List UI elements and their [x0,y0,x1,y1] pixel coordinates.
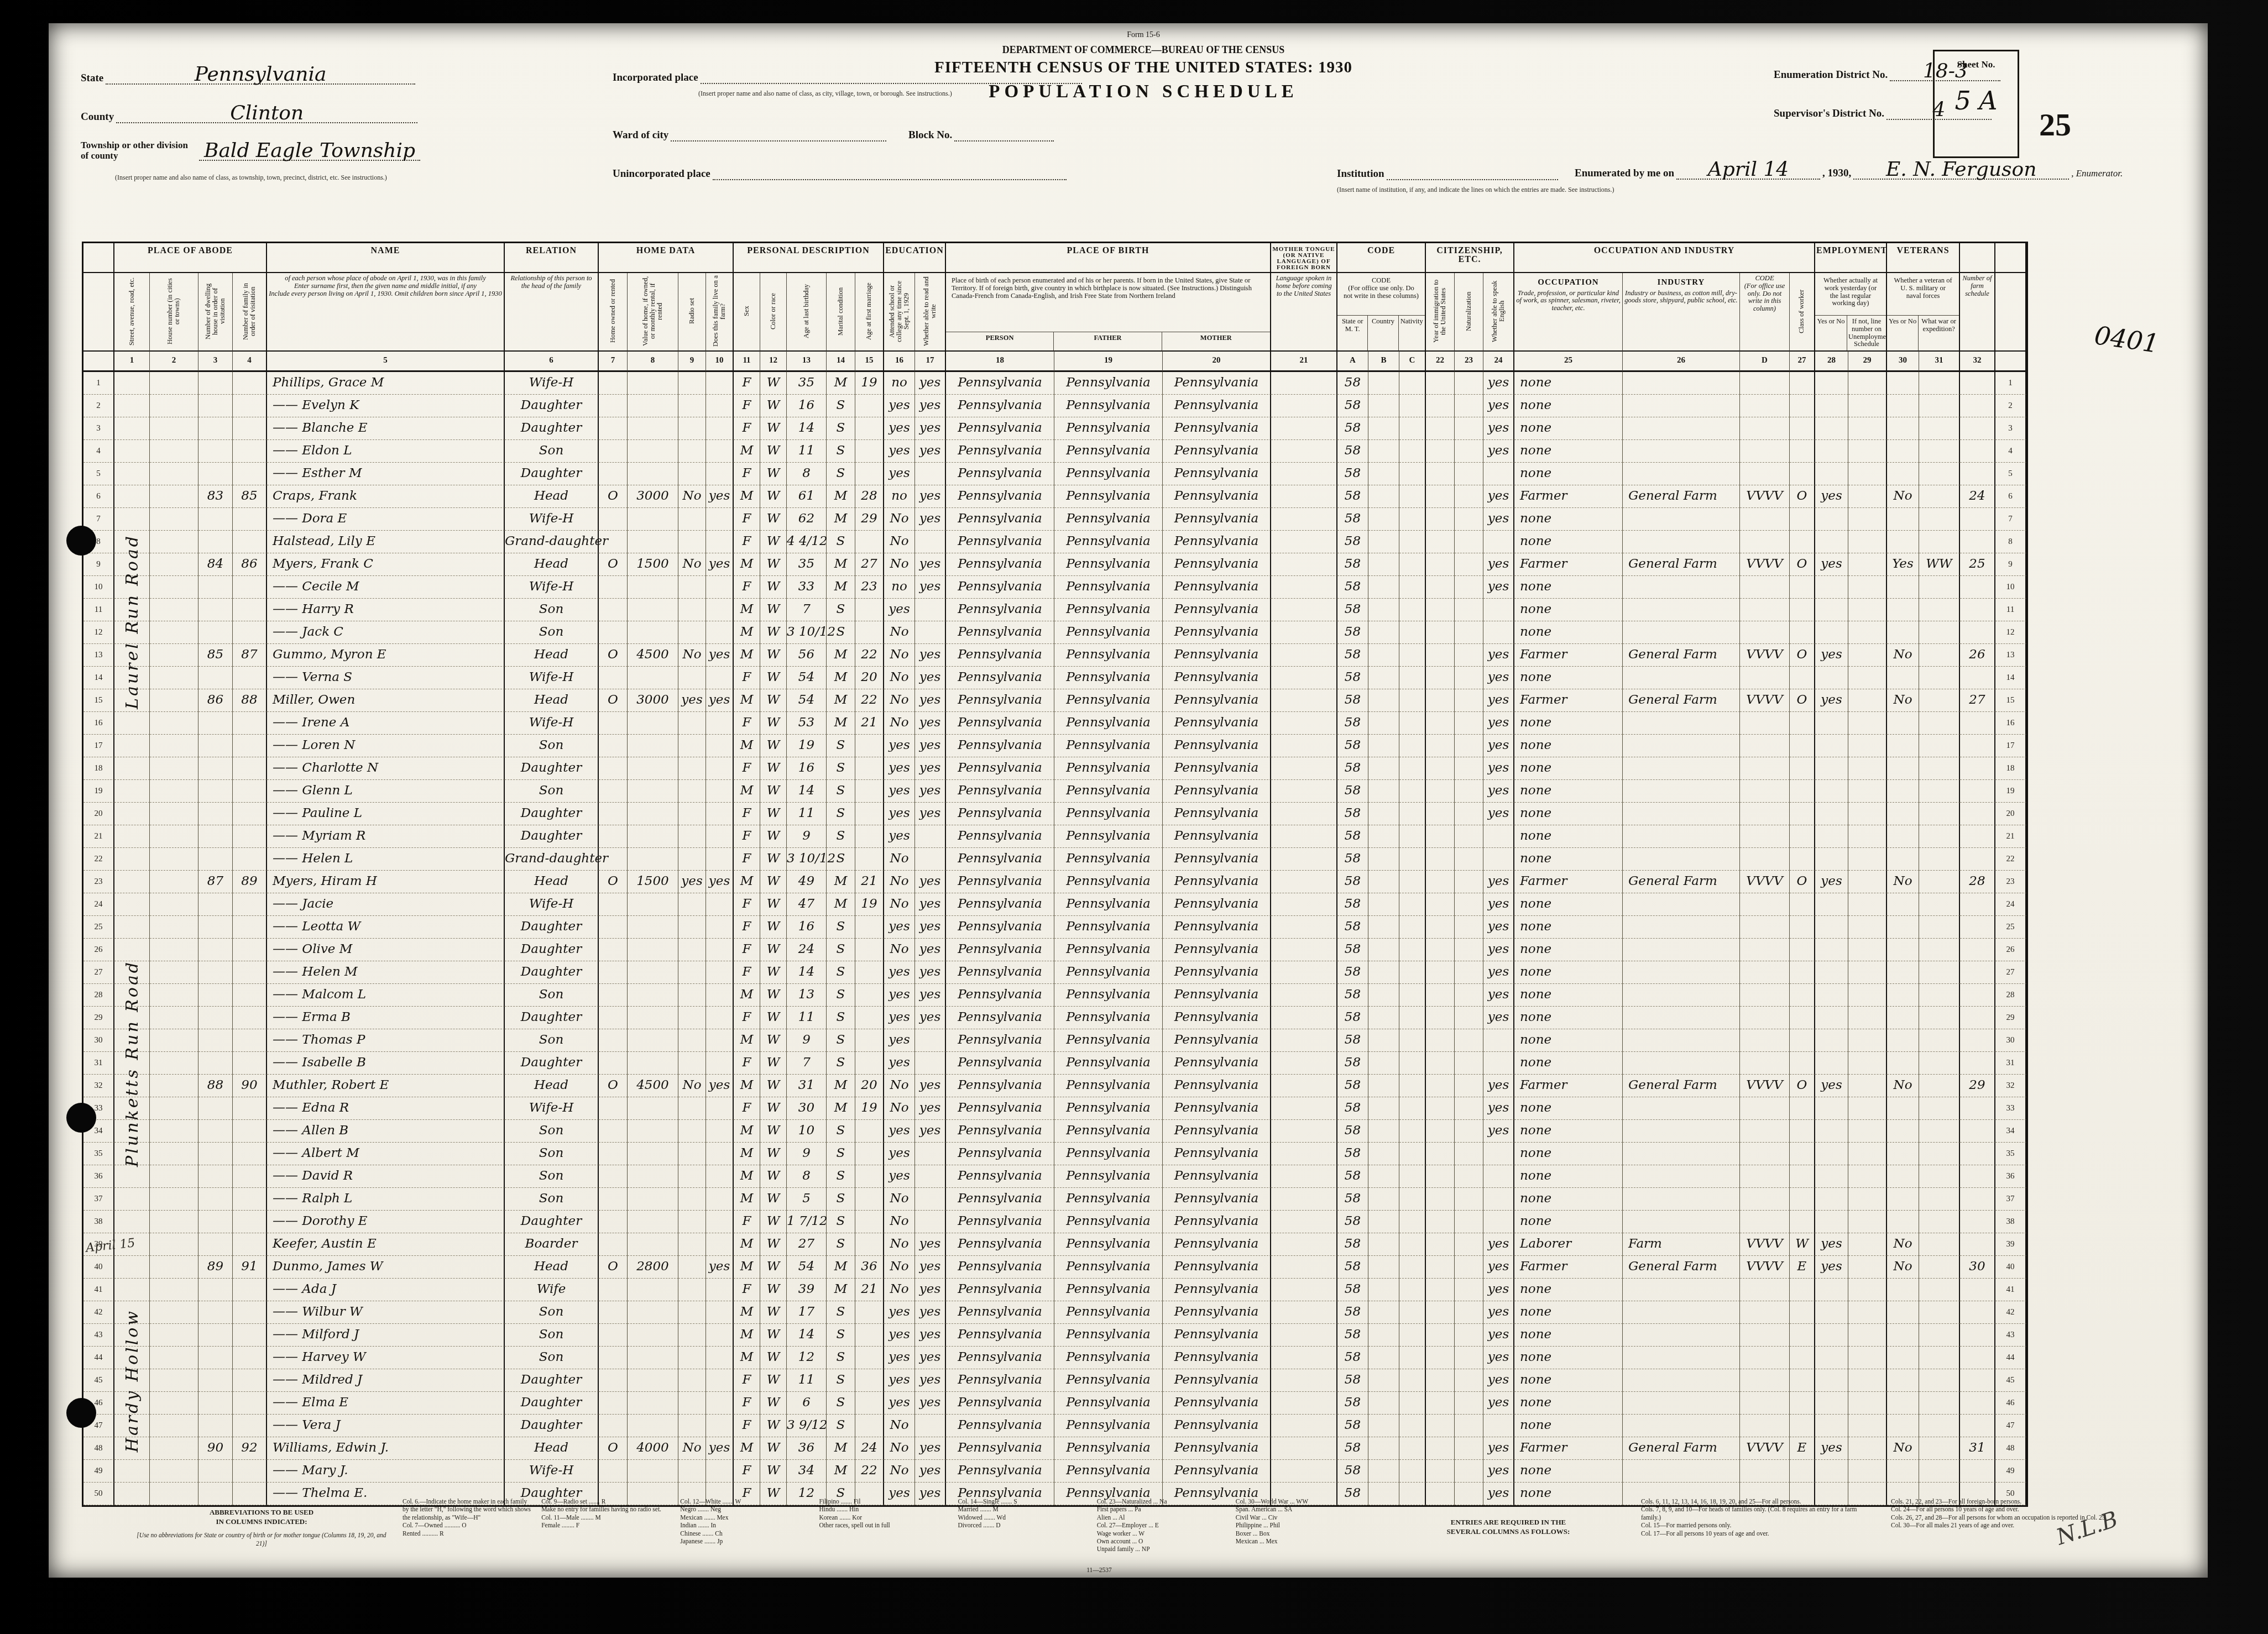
institution-note: (Insert name of institution, if any, and… [1337,186,1724,194]
cell-val [628,1165,678,1188]
cell-fs [1960,1211,1995,1233]
cell-mar: S [827,1301,855,1324]
column-label-street: Street, avenue, road, etc. [128,275,135,348]
cell-sch: No [884,1188,915,1211]
column-header-val: Value of home, if owned, or monthly rent… [628,273,678,350]
cell-age: 6 [787,1392,827,1415]
column-number-race: 12 [760,350,787,372]
cell-sch: No [884,848,915,871]
cell-cb [1368,1256,1399,1279]
column-header-dw: Number of dwelling house in order of vis… [198,273,233,350]
cell-ue [1848,825,1887,848]
cell-name: Myers, Hiram H [267,871,505,893]
cell-farm [706,1052,734,1075]
cell-radio [678,576,706,599]
cell-farm: yes [706,871,734,893]
cell-own [599,735,628,757]
cell-pf: Pennsylvania [1054,621,1163,644]
cell-fam [233,1460,267,1483]
cell-house [150,961,198,984]
cell-cc [1399,916,1426,939]
cell-ind [1623,848,1740,871]
cell-pm: Pennsylvania [1163,553,1271,576]
cell-pb: Pennsylvania [946,1301,1054,1324]
cell-agem [855,825,884,848]
cell-agem: 24 [855,1437,884,1460]
cell-race: W [760,1075,787,1097]
column-label-rw: Whether able to read and write [923,275,937,348]
cell-pb: Pennsylvania [946,485,1054,508]
cell-cc [1399,667,1426,689]
block-label: Block No. [908,129,952,141]
column-number-ind: 26 [1623,350,1740,372]
cell-ind [1623,893,1740,916]
cell-ca: 58 [1337,508,1368,531]
cell-cc [1399,735,1426,757]
cell-fam [233,848,267,871]
column-header-radio: Radio set [678,273,706,350]
cell-dw [198,1143,233,1165]
cell-pf: Pennsylvania [1054,1369,1163,1392]
column-number-radio: 9 [678,350,706,372]
cell-radio [678,735,706,757]
cell-name: —— Blanche E [267,417,505,440]
column-number-farm: 10 [706,350,734,372]
cell-fs [1960,1007,1995,1029]
cell-ca: 58 [1337,417,1368,440]
cell-cw [1790,576,1815,599]
cell-pf: Pennsylvania [1054,1460,1163,1483]
cell-wk [1815,372,1848,395]
cell-cc [1399,939,1426,961]
cell-house [150,644,198,667]
cell-radio [678,1256,706,1279]
cell-val [628,1369,678,1392]
cell-house [150,417,198,440]
cell-rw: yes [915,1347,946,1369]
cell-eng [1483,463,1514,485]
cell-cw: E [1790,1256,1815,1279]
cell-rel: Son [505,599,599,621]
cell-farm: yes [706,689,734,712]
cell-occ: Farmer [1514,485,1623,508]
cell-cc [1399,803,1426,825]
cell-cw [1790,1369,1815,1392]
cell-agem [855,1369,884,1392]
cell-name: —— Ada J [267,1279,505,1301]
cell-rel: Daughter [505,463,599,485]
cell-vet [1887,1324,1919,1347]
table-row: 1Phillips, Grace MWife-HFW35M19noyesPenn… [83,372,2026,395]
cell-own [599,621,628,644]
cell-farm [706,667,734,689]
cell-name: Craps, Frank [267,485,505,508]
cell-agem [855,1233,884,1256]
cell-rel: Son [505,621,599,644]
cell-eng: yes [1483,1301,1514,1324]
cell-rel: Son [505,1143,599,1165]
cell-dw [198,1415,233,1437]
cell-sex: M [734,485,760,508]
cell-nat [1455,1097,1483,1120]
cell-cc [1399,1211,1426,1233]
cell-agem [855,961,884,984]
cell-radio: No [678,1075,706,1097]
supervisor-district-label: Supervisor's District No. [1774,108,1884,119]
cell-cw [1790,825,1815,848]
cell-mar: M [827,1460,855,1483]
cell-ln: 13 [83,644,114,667]
cell-dw [198,372,233,395]
cell-mar: M [827,553,855,576]
cell-war [1919,395,1960,417]
cell-age: 49 [787,871,827,893]
cell-ind [1623,961,1740,984]
cell-sch: No [884,667,915,689]
cell-sch: No [884,1437,915,1460]
cell-cd [1740,1301,1790,1324]
cell-rel: Son [505,1301,599,1324]
cell-pf: Pennsylvania [1054,417,1163,440]
cell-rn: 6 [1995,485,2026,508]
cell-own: O [599,1437,628,1460]
cell-vet [1887,1279,1919,1301]
cell-fs [1960,576,1995,599]
cell-ca: 58 [1337,712,1368,735]
cell-pm: Pennsylvania [1163,757,1271,780]
cell-war [1919,508,1960,531]
cell-sex: M [734,1188,760,1211]
cell-ue [1848,757,1887,780]
cell-pm: Pennsylvania [1163,1392,1271,1415]
cell-fam: 91 [233,1256,267,1279]
cell-agem [855,463,884,485]
cell-rw: yes [915,667,946,689]
cell-own [599,1052,628,1075]
cell-fs [1960,916,1995,939]
cell-pm: Pennsylvania [1163,508,1271,531]
cell-war [1919,1437,1960,1460]
cell-own [599,1211,628,1233]
cell-farm [706,1007,734,1029]
cell-war: WW [1919,553,1960,576]
cell-name: —— Isabelle B [267,1052,505,1075]
cell-rw [915,599,946,621]
cell-wk: yes [1815,485,1848,508]
cell-rel: Daughter [505,1369,599,1392]
cell-vet [1887,1143,1919,1165]
cell-ue [1848,848,1887,871]
cell-fam: 88 [233,689,267,712]
cell-nat [1455,1279,1483,1301]
table-row: 41—— Ada JWifeFW39M21NoyesPennsylvaniaPe… [83,1279,2026,1301]
cell-cw [1790,1301,1815,1324]
cell-rel: Head [505,689,599,712]
cell-rel: Head [505,553,599,576]
cell-rel: Wife-H [505,1097,599,1120]
cell-tongue [1271,372,1337,395]
cell-ln: 45 [83,1369,114,1392]
cell-rn: 21 [1995,825,2026,848]
cell-wk [1815,1007,1848,1029]
cell-pb: Pennsylvania [946,1437,1054,1460]
cell-cd [1740,961,1790,984]
table-row: 37—— Ralph LSonMW5SNoPennsylvaniaPennsyl… [83,1188,2026,1211]
cell-cw: O [1790,553,1815,576]
cell-house [150,735,198,757]
cell-age: 35 [787,372,827,395]
cell-cw [1790,712,1815,735]
cell-sch: No [884,1097,915,1120]
cell-name: —— Esther M [267,463,505,485]
cell-cb [1368,1347,1399,1369]
cell-sex: M [734,644,760,667]
cell-fam [233,984,267,1007]
cell-cd [1740,916,1790,939]
column-header-agem: Age at first marriage [855,273,884,350]
cell-pf: Pennsylvania [1054,961,1163,984]
cell-nat [1455,1415,1483,1437]
cell-nat [1455,508,1483,531]
column-label-imm: Year of immigration to the United States [1433,275,1447,348]
cell-ue [1848,803,1887,825]
cell-wk [1815,1324,1848,1347]
column-header-age: Age at last birthday [787,273,827,350]
cell-occ: none [1514,372,1623,395]
cell-age: 11 [787,1007,827,1029]
cell-tongue [1271,1256,1337,1279]
column-label-dw: Number of dwelling house in order of vis… [205,275,226,348]
cell-cb [1368,1460,1399,1483]
cell-occ: none [1514,1301,1623,1324]
cell-nat [1455,803,1483,825]
cell-dw [198,395,233,417]
cell-ind [1623,1324,1740,1347]
cell-house [150,1369,198,1392]
cell-rw [915,1188,946,1211]
cell-imm [1426,621,1455,644]
cell-rw [915,825,946,848]
cell-sch: yes [884,395,915,417]
cell-rw: yes [915,1233,946,1256]
cell-own: O [599,871,628,893]
cell-mar: S [827,984,855,1007]
census-scan: Form 15-6 DEPARTMENT OF COMMERCE—BUREAU … [0,0,2268,1634]
cell-eng: yes [1483,893,1514,916]
cell-age: 7 [787,599,827,621]
cell-own [599,1279,628,1301]
cell-agem: 21 [855,1279,884,1301]
cell-fs [1960,1279,1995,1301]
cell-pf: Pennsylvania [1054,1143,1163,1165]
cell-occ: none [1514,1392,1623,1415]
cell-ln: 27 [83,961,114,984]
sub-label-wk: Yes or No [1815,315,1847,350]
cell-eng [1483,825,1514,848]
cell-house [150,1279,198,1301]
cell-vet [1887,599,1919,621]
cell-pf: Pennsylvania [1054,1029,1163,1052]
cell-pm: Pennsylvania [1163,1143,1271,1165]
cell-pb: Pennsylvania [946,1188,1054,1211]
cell-fs [1960,1188,1995,1211]
cell-age: 54 [787,667,827,689]
cell-rw: yes [915,485,946,508]
cell-war [1919,712,1960,735]
cell-nat [1455,1052,1483,1075]
cell-pm: Pennsylvania [1163,1097,1271,1120]
cell-name: —— Ralph L [267,1188,505,1211]
cell-sex: F [734,939,760,961]
cell-sex: M [734,621,760,644]
column-header-sex: Sex [734,273,760,350]
cell-vet: No [1887,1075,1919,1097]
cell-sex: F [734,576,760,599]
cell-name: —— Mary J. [267,1460,505,1483]
cell-tongue [1271,1165,1337,1188]
cell-cd [1740,1120,1790,1143]
abbreviation-column: Col. 30—World War ... WW Span. American … [1236,1498,1365,1554]
cell-cw [1790,372,1815,395]
cell-farm [706,757,734,780]
cell-fam [233,1143,267,1165]
cell-cw [1790,780,1815,803]
cell-ln: 29 [83,1007,114,1029]
cell-agem [855,939,884,961]
cell-eng: yes [1483,1483,1514,1505]
cell-rw [915,1052,946,1075]
cell-own [599,712,628,735]
cell-agem [855,1188,884,1211]
column-header-fs: Number of farm schedule [1960,273,1995,350]
cell-ca: 58 [1337,531,1368,553]
cell-pm: Pennsylvania [1163,1007,1271,1029]
cell-radio: No [678,485,706,508]
print-code: 11—2537 [989,1567,1210,1574]
column-number-pb: 18 [946,350,1054,372]
cell-cw [1790,1007,1815,1029]
cell-radio [678,803,706,825]
cell-dw [198,667,233,689]
cell-rel: Head [505,644,599,667]
cell-eng: yes [1483,667,1514,689]
cell-race: W [760,531,787,553]
cell-tongue [1271,508,1337,531]
cell-agem [855,1007,884,1029]
column-header-cd: CODE (For office use only. Do not write … [1740,273,1790,350]
cell-race: W [760,780,787,803]
cell-cw [1790,939,1815,961]
cell-occ: none [1514,735,1623,757]
cell-val [628,667,678,689]
cell-sch: yes [884,1369,915,1392]
cell-rw [915,848,946,871]
cell-cb [1368,848,1399,871]
cell-eng [1483,599,1514,621]
department-line: DEPARTMENT OF COMMERCE—BUREAU OF THE CEN… [878,44,1409,56]
cell-own [599,1392,628,1415]
cell-cw [1790,1052,1815,1075]
cell-mar: M [827,1437,855,1460]
cell-own [599,1165,628,1188]
cell-cb [1368,599,1399,621]
cell-ind [1623,1029,1740,1052]
cell-nat [1455,939,1483,961]
cell-pf: Pennsylvania [1054,1097,1163,1120]
cell-pf: Pennsylvania [1054,644,1163,667]
cell-val [628,599,678,621]
cell-val [628,417,678,440]
cell-war [1919,871,1960,893]
cell-rw [915,463,946,485]
cell-imm [1426,1075,1455,1097]
table-row: 42—— Wilbur WSonMW17SyesyesPennsylvaniaP… [83,1301,2026,1324]
cell-own [599,1233,628,1256]
cell-pb: Pennsylvania [946,667,1054,689]
cell-war [1919,803,1960,825]
cell-name: —— Pauline L [267,803,505,825]
cell-rw: yes [915,1097,946,1120]
cell-ca: 58 [1337,1075,1368,1097]
table-row: 98486Myers, Frank CHeadO1500NoyesMW35M27… [83,553,2026,576]
cell-pm: Pennsylvania [1163,1029,1271,1052]
cell-war [1919,961,1960,984]
cell-cw [1790,757,1815,780]
cell-imm [1426,417,1455,440]
cell-sch: yes [884,1007,915,1029]
cell-agem [855,916,884,939]
cell-ca: 58 [1337,1120,1368,1143]
cell-ue [1848,621,1887,644]
cell-imm [1426,1301,1455,1324]
cell-imm [1426,599,1455,621]
cell-radio [678,893,706,916]
cell-ca: 58 [1337,644,1368,667]
cell-imm [1426,463,1455,485]
cell-fam [233,417,267,440]
cell-sch: yes [884,961,915,984]
cell-agem [855,1143,884,1165]
cell-house [150,463,198,485]
cell-occ: none [1514,1460,1623,1483]
cell-cw [1790,735,1815,757]
cell-war [1919,1052,1960,1075]
cell-vet: No [1887,689,1919,712]
table-row: 238789Myers, Hiram HHeadO1500yesyesMW49M… [83,871,2026,893]
cell-agem: 22 [855,689,884,712]
schedule-title: POPULATION SCHEDULE [878,82,1409,102]
cell-nat [1455,1369,1483,1392]
cell-cw [1790,621,1815,644]
cell-rn: 26 [1995,939,2026,961]
cell-fam [233,939,267,961]
cell-mar: S [827,599,855,621]
column-number-tongue: 21 [1271,350,1337,372]
cell-rn: 27 [1995,961,2026,984]
cell-ca: 58 [1337,1097,1368,1120]
cell-ind: General Farm [1623,553,1740,576]
sub-label-ca: State or M. T. [1337,315,1368,350]
cell-house [150,757,198,780]
cell-fs: 27 [1960,689,1995,712]
cell-pf: Pennsylvania [1054,395,1163,417]
column-number-street: 1 [114,350,150,372]
cell-dw [198,825,233,848]
cell-rn: 15 [1995,689,2026,712]
cell-cb [1368,553,1399,576]
cell-wk [1815,1188,1848,1211]
cell-name: —— Loren N [267,735,505,757]
